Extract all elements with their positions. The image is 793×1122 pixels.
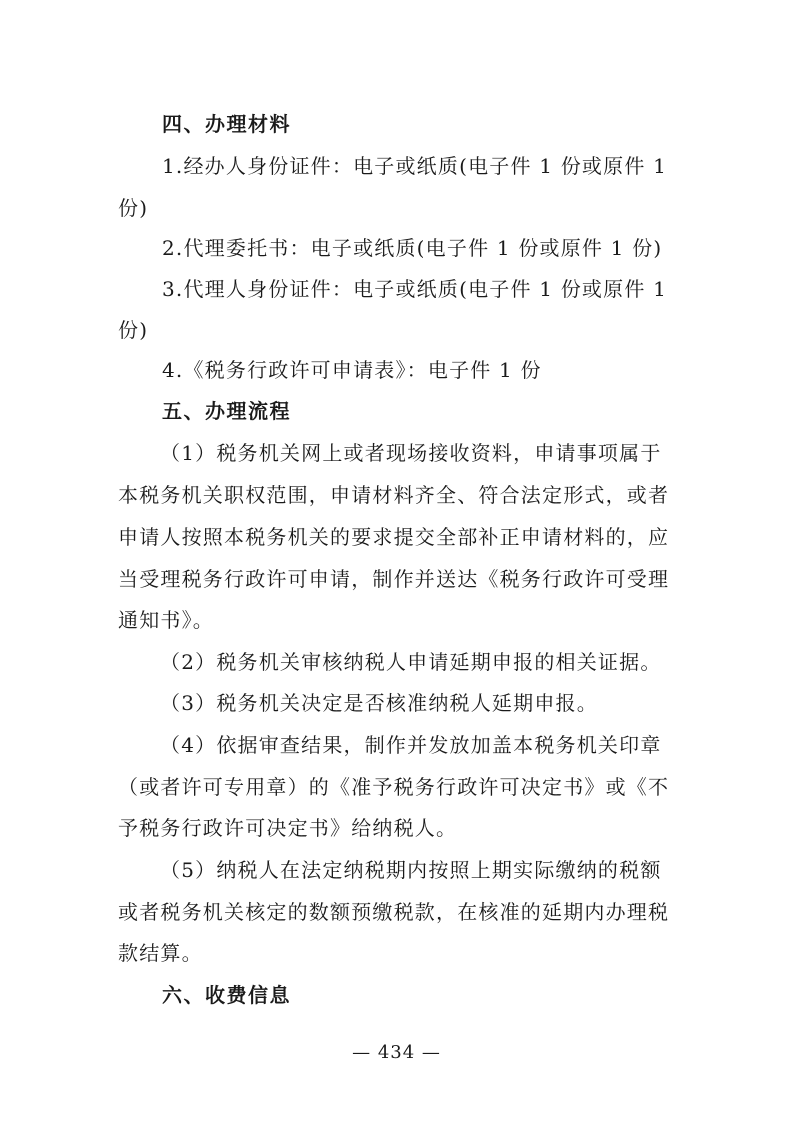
page-number: — 434 — xyxy=(0,1042,793,1063)
process-step-1-line-5: 通知书》。 xyxy=(118,608,678,632)
process-step-5-line-3: 款结算。 xyxy=(118,941,678,965)
material-item-3-continued: 份) xyxy=(118,318,678,342)
material-item-4: 4.《税务行政许可申请表》：电子件 1 份 xyxy=(162,358,722,382)
process-step-3: （3）税务机关决定是否核准纳税人延期申报。 xyxy=(160,691,720,715)
process-step-4-line-3: 予税务行政许可决定书》给纳税人。 xyxy=(118,816,678,840)
material-item-3: 3.代理人身份证件：电子或纸质(电子件 1 份或原件 1 xyxy=(162,277,722,301)
process-step-1-line-4: 当受理税务行政许可申请，制作并送达《税务行政许可受理 xyxy=(118,567,678,591)
material-item-1-continued: 份) xyxy=(118,196,678,220)
process-step-2: （2）税务机关审核纳税人申请延期申报的相关证据。 xyxy=(160,650,720,674)
material-item-1: 1.经办人身份证件：电子或纸质(电子件 1 份或原件 1 xyxy=(162,154,722,178)
process-step-1-line-1: （1）税务机关网上或者现场接收资料，申请事项属于 xyxy=(160,441,720,465)
section-heading-materials: 四、办理材料 xyxy=(162,112,722,136)
process-step-1-line-2: 本税务机关职权范围，申请材料齐全、符合法定形式，或者 xyxy=(118,483,678,507)
section-heading-process: 五、办理流程 xyxy=(162,399,722,423)
material-item-2: 2.代理委托书：电子或纸质(电子件 1 份或原件 1 份) xyxy=(162,236,722,260)
process-step-5-line-1: （5）纳税人在法定纳税期内按照上期实际缴纳的税额 xyxy=(160,858,720,882)
process-step-1-line-3: 申请人按照本税务机关的要求提交全部补正申请材料的，应 xyxy=(118,525,678,549)
process-step-4-line-2: （或者许可专用章）的《准予税务行政许可决定书》或《不 xyxy=(118,775,678,799)
process-step-4-line-1: （4）依据审查结果，制作并发放加盖本税务机关印章 xyxy=(160,733,720,757)
process-step-5-line-2: 或者税务机关核定的数额预缴税款，在核准的延期内办理税 xyxy=(118,900,678,924)
document-page: 四、办理材料 1.经办人身份证件：电子或纸质(电子件 1 份或原件 1 份) 2… xyxy=(0,0,793,1122)
section-heading-fees: 六、收费信息 xyxy=(162,983,722,1007)
